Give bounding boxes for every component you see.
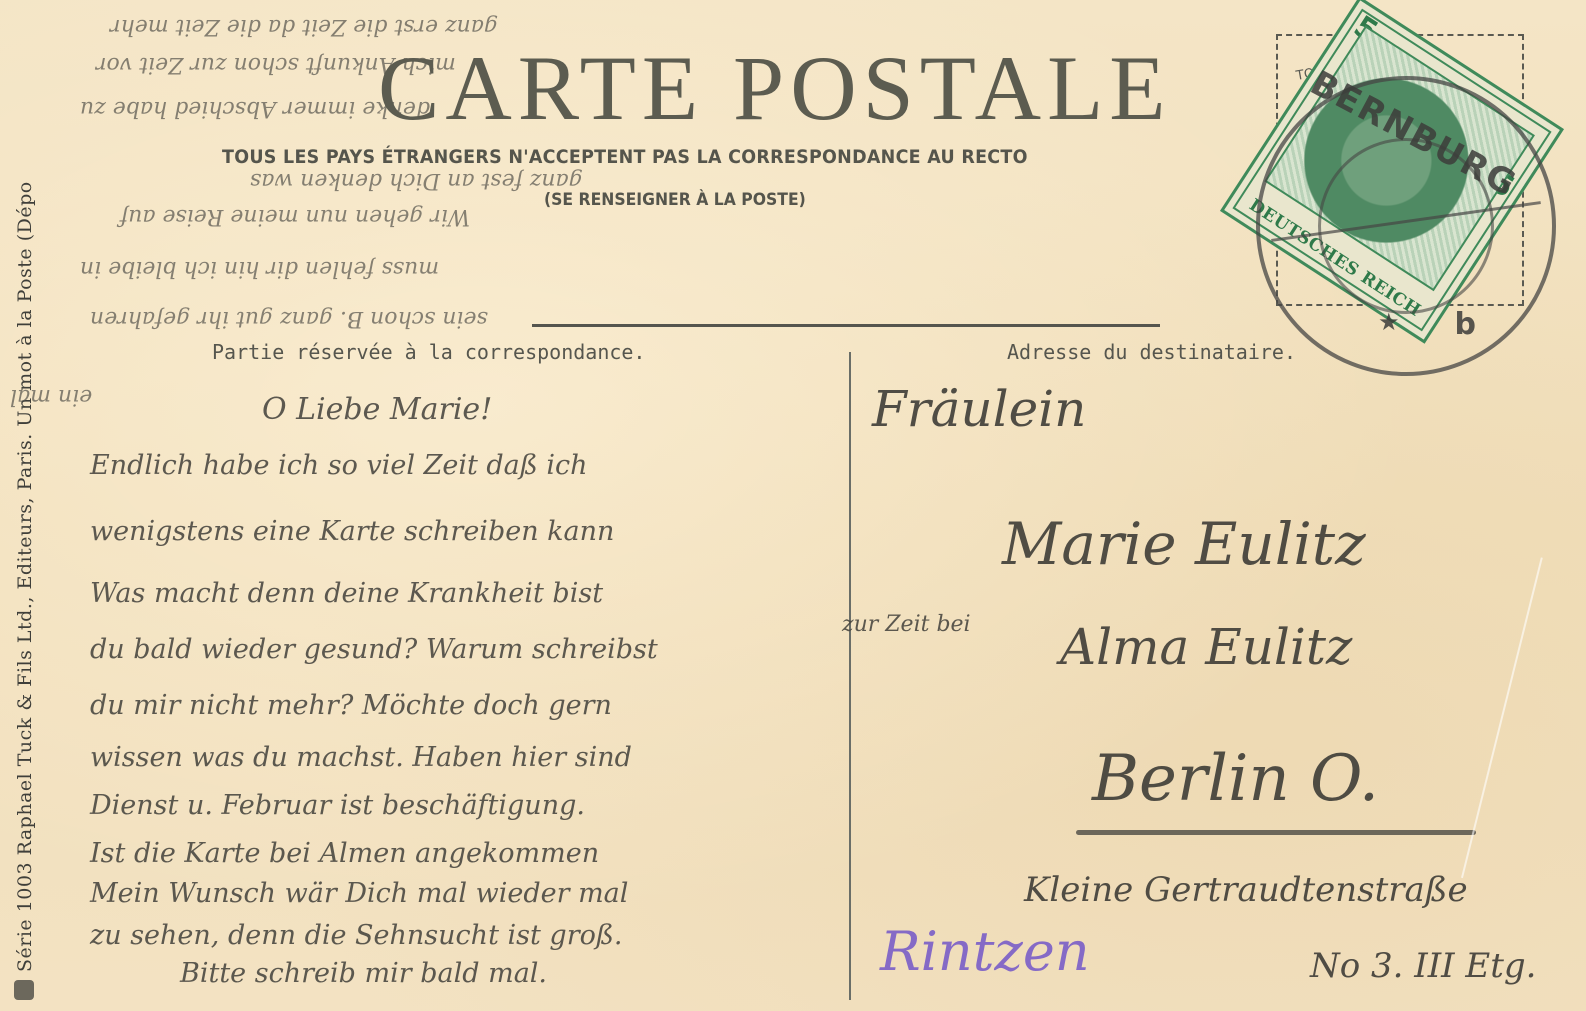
upside-down-line: muss fehlen dir hin ich bleibe in [80,256,439,281]
message-line: zu sehen, denn die Sehnsucht ist groß. [90,920,623,951]
address-care-of: Alma Eulitz [1060,618,1352,676]
upside-down-line: ganz erst die Zeit da die Zeit mehr [110,14,498,39]
message-line: wenigstens eine Karte schreiben kann [90,516,614,547]
upside-down-line: ein mal [10,384,92,409]
upside-down-line: ganz fest an Dich denken was [250,168,583,193]
address-salutation: Fräulein [872,380,1086,438]
header-rule [532,324,1160,327]
upside-down-line: sein schon B. ganz gut ihr gefahren [90,306,488,331]
address-city: Berlin O. [1092,742,1379,816]
correspondence-label: Partie réservée à la correspondance. [212,340,645,364]
paper-crease [1461,557,1586,892]
card-title: CARTE POSTALE [378,42,1171,134]
message-line: Was macht denn deine Krankheit bist [90,578,603,609]
message-line: Endlich habe ich so viel Zeit daß ich [90,450,588,481]
message-line: Ist die Karte bei Almen angekommen [90,838,599,869]
postmark-letter: b [1455,307,1476,342]
publisher-imprint: Série 1003 Raphael Tuck & Fils Ltd., Edi… [14,0,36,1000]
message-line: Dienst u. Februar ist beschäftigung. [90,790,585,821]
center-divider [849,352,851,1000]
address-number: No 3. III Etg. [1310,946,1536,986]
message-greeting: O Liebe Marie! [262,392,492,427]
city-underline [1076,830,1476,835]
message-line: du mir nicht mehr? Möchte doch gern [90,690,612,721]
publisher-logo-icon [14,980,34,1000]
message-line: Mein Wunsch wär Dich mal wieder mal [90,878,628,909]
star-icon: ★ [1378,308,1400,336]
address-street: Kleine Gertraudtenstraße [1024,870,1468,910]
address-care-of-prefix: zur Zeit bei [842,612,971,637]
message-line: du bald wieder gesund? Warum schreibst [90,634,658,665]
message-line: Bitte schreib mir bald mal. [180,958,547,989]
postmark-cancel: BERNBURG ★ b [1256,76,1556,376]
upside-down-line: Wir gehen nun meine Reise auf [120,204,470,229]
address-label: Adresse du destinataire. [1007,340,1296,364]
address-name: Marie Eulitz [1002,510,1366,578]
imprint-text: Série 1003 Raphael Tuck & Fils Ltd., Edi… [14,181,36,972]
foreign-notice-sub: (SE RENSEIGNER À LA POSTE) [544,190,806,210]
foreign-notice: TOUS LES PAYS ÉTRANGERS N'ACCEPTENT PAS … [222,146,1142,168]
violet-annotation: Rintzen [880,920,1090,983]
message-line: wissen was du machst. Haben hier sind [90,742,632,773]
postcard-back: Série 1003 Raphael Tuck & Fils Ltd., Edi… [0,0,1586,1011]
